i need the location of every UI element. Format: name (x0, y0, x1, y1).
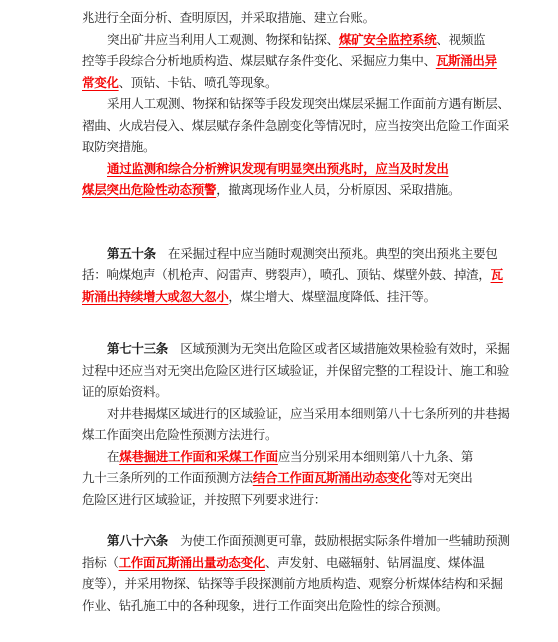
highlighted-text: 煤矿安全监控系统 (339, 33, 437, 47)
text-segment: 九十三条所列的工作面预测方法 (82, 471, 253, 485)
text-segment: 采用人工观测、物探和钻探等手段发现突出煤层采掘工作面前方遇有断层、 (107, 97, 510, 111)
text-segment: 区域预测为无突出危险区或者区域措施效果检验有效时，采掘 (168, 342, 510, 356)
text-segment: ，煤尘增大、煤壁温度降低、挂汗等。 (228, 290, 435, 304)
text-line: 指标（工作面瓦斯涌出量动态变化、声发射、电磁辐射、钻屑温度、煤体温 (82, 553, 548, 575)
text-segment: 、顶钻、卡钻、喷孔等现象。 (119, 76, 278, 90)
article-number: 第八十六条 (107, 534, 168, 548)
text-segment: 在采掘过程中应当随时观测突出预兆。典型的突出预兆主要包 (156, 247, 498, 261)
text-segment: 指标（ (82, 556, 119, 570)
text-line: 第七十三条 区域预测为无突出危险区或者区域措施效果检验有效时，采掘 (82, 339, 548, 361)
text-segment: 度等），并采用物探、钻探等手段探测前方地质构造、观察分析煤体结构和采掘 (82, 577, 503, 591)
highlighted-text: 瓦斯涌出异 (436, 54, 497, 68)
highlighted-text: 通过监测和综合分析辨识发现有明显突出预兆时，应当及时发出 (107, 162, 449, 176)
text-line: 煤层突出危险性动态预警，撤离现场作业人员，分析原因、采取措施。 (82, 180, 548, 202)
document-page: 兆进行全面分析、查明原因，并采取措施、建立台账。 突出矿井应当利用人工观测、物探… (0, 0, 558, 642)
text-segment: 应当分别采用本细则第八十九条、第 (278, 450, 473, 464)
text-segment: 控等手段综合分析地质构造、煤层赋存条件变化、采掘应力集中、 (82, 54, 436, 68)
text-line: 作业、钻孔施工中的各种现象，进行工作面突出危险性的综合预测。 (82, 596, 548, 618)
text-segment: 、声发射、电磁辐射、钻屑温度、煤体温 (265, 556, 485, 570)
highlighted-text: 常变化 (82, 76, 119, 90)
text-line: 兆进行全面分析、查明原因，并采取措施、建立台账。 (82, 8, 548, 30)
highlighted-text: 瓦 (491, 268, 503, 282)
text-line: 控等手段综合分析地质构造、煤层赋存条件变化、采掘应力集中、瓦斯涌出异 (82, 51, 548, 73)
text-segment: 突出矿井应当利用人工观测、物探和钻探、 (107, 33, 339, 47)
highlighted-text: 煤层突出危险性动态预警 (82, 183, 216, 197)
highlighted-text: 工作面瓦斯涌出量动态变化 (119, 556, 265, 570)
text-line: 括：响煤炮声（机枪声、闷雷声、劈裂声），喷孔、顶钻、煤壁外鼓、掉渣，瓦 (82, 265, 548, 287)
text-segment: 兆进行全面分析、查明原因，并采取措施、建立台账。 (82, 11, 375, 25)
text-line: 对井巷揭煤区域进行的区域验证，应当采用本细则第八十七条所列的井巷揭 (82, 404, 548, 426)
text-segment: 危险区进行区域验证，并按照下列要求进行： (82, 493, 326, 507)
text-line: 危险区进行区域验证，并按照下列要求进行： (82, 490, 548, 512)
text-line: 第八十六条 为使工作面预测更可靠，鼓励根据实际条件增加一些辅助预测 (82, 531, 548, 553)
highlighted-text: 煤巷掘进工作面和采煤工作面 (119, 450, 278, 464)
text-line: 第五十条 在采掘过程中应当随时观测突出预兆。典型的突出预兆主要包 (82, 244, 548, 266)
article-number: 第五十条 (107, 247, 156, 261)
text-segment: 、视频监 (436, 33, 485, 47)
text-segment: 煤工作面突出危险性预测方法进行。 (82, 428, 277, 442)
text-line: 取防突措施。 (82, 137, 548, 159)
text-line: 斯涌出持续增大或忽大忽小，煤尘增大、煤壁温度降低、挂汗等。 (82, 287, 548, 309)
text-segment: 作业、钻孔施工中的各种现象，进行工作面突出危险性的综合预测。 (82, 599, 448, 613)
text-segment: 证的原始资料。 (82, 385, 167, 399)
text-segment: 取防突措施。 (82, 140, 155, 154)
text-line: 突出矿井应当利用人工观测、物探和钻探、煤矿安全监控系统、视频监 (82, 30, 548, 52)
text-line: 褶曲、火成岩侵入、煤层赋存条件急剧变化等情况时，应当按突出危险工作面采 (82, 116, 548, 138)
text-segment: ，撤离现场作业人员，分析原因、采取措施。 (216, 183, 460, 197)
text-line: 通过监测和综合分析辨识发现有明显突出预兆时，应当及时发出 (82, 159, 548, 181)
text-segment: 对井巷揭煤区域进行的区域验证，应当采用本细则第八十七条所列的井巷揭 (107, 407, 510, 421)
text-segment: 褶曲、火成岩侵入、煤层赋存条件急剧变化等情况时，应当按突出危险工作面采 (82, 119, 509, 133)
text-segment: 过程中还应当对无突出危险区进行区域验证，并保留完整的工程设计、施工和验 (82, 364, 509, 378)
highlighted-text: 斯涌出持续增大或忽大忽小 (82, 290, 228, 304)
text-line: 常变化、顶钻、卡钻、喷孔等现象。 (82, 73, 548, 95)
text-segment: 括：响煤炮声（机枪声、闷雷声、劈裂声），喷孔、顶钻、煤壁外鼓、掉渣， (82, 268, 491, 282)
text-line: 煤工作面突出危险性预测方法进行。 (82, 425, 548, 447)
highlighted-text: 结合工作面瓦斯涌出动态变化 (253, 471, 412, 485)
text-line: 度等），并采用物探、钻探等手段探测前方地质构造、观察分析煤体结构和采掘 (82, 574, 548, 596)
text-segment: 在 (107, 450, 119, 464)
text-line: 九十三条所列的工作面预测方法结合工作面瓦斯涌出动态变化等对无突出 (82, 468, 548, 490)
article-number: 第七十三条 (107, 342, 168, 356)
text-line: 证的原始资料。 (82, 382, 548, 404)
text-line: 在煤巷掘进工作面和采煤工作面应当分别采用本细则第八十九条、第 (82, 447, 548, 469)
text-line: 采用人工观测、物探和钻探等手段发现突出煤层采掘工作面前方遇有断层、 (82, 94, 548, 116)
text-segment: 等对无突出 (411, 471, 472, 485)
text-segment: 为使工作面预测更可靠，鼓励根据实际条件增加一些辅助预测 (168, 534, 510, 548)
text-line: 过程中还应当对无突出危险区进行区域验证，并保留完整的工程设计、施工和验 (82, 361, 548, 383)
